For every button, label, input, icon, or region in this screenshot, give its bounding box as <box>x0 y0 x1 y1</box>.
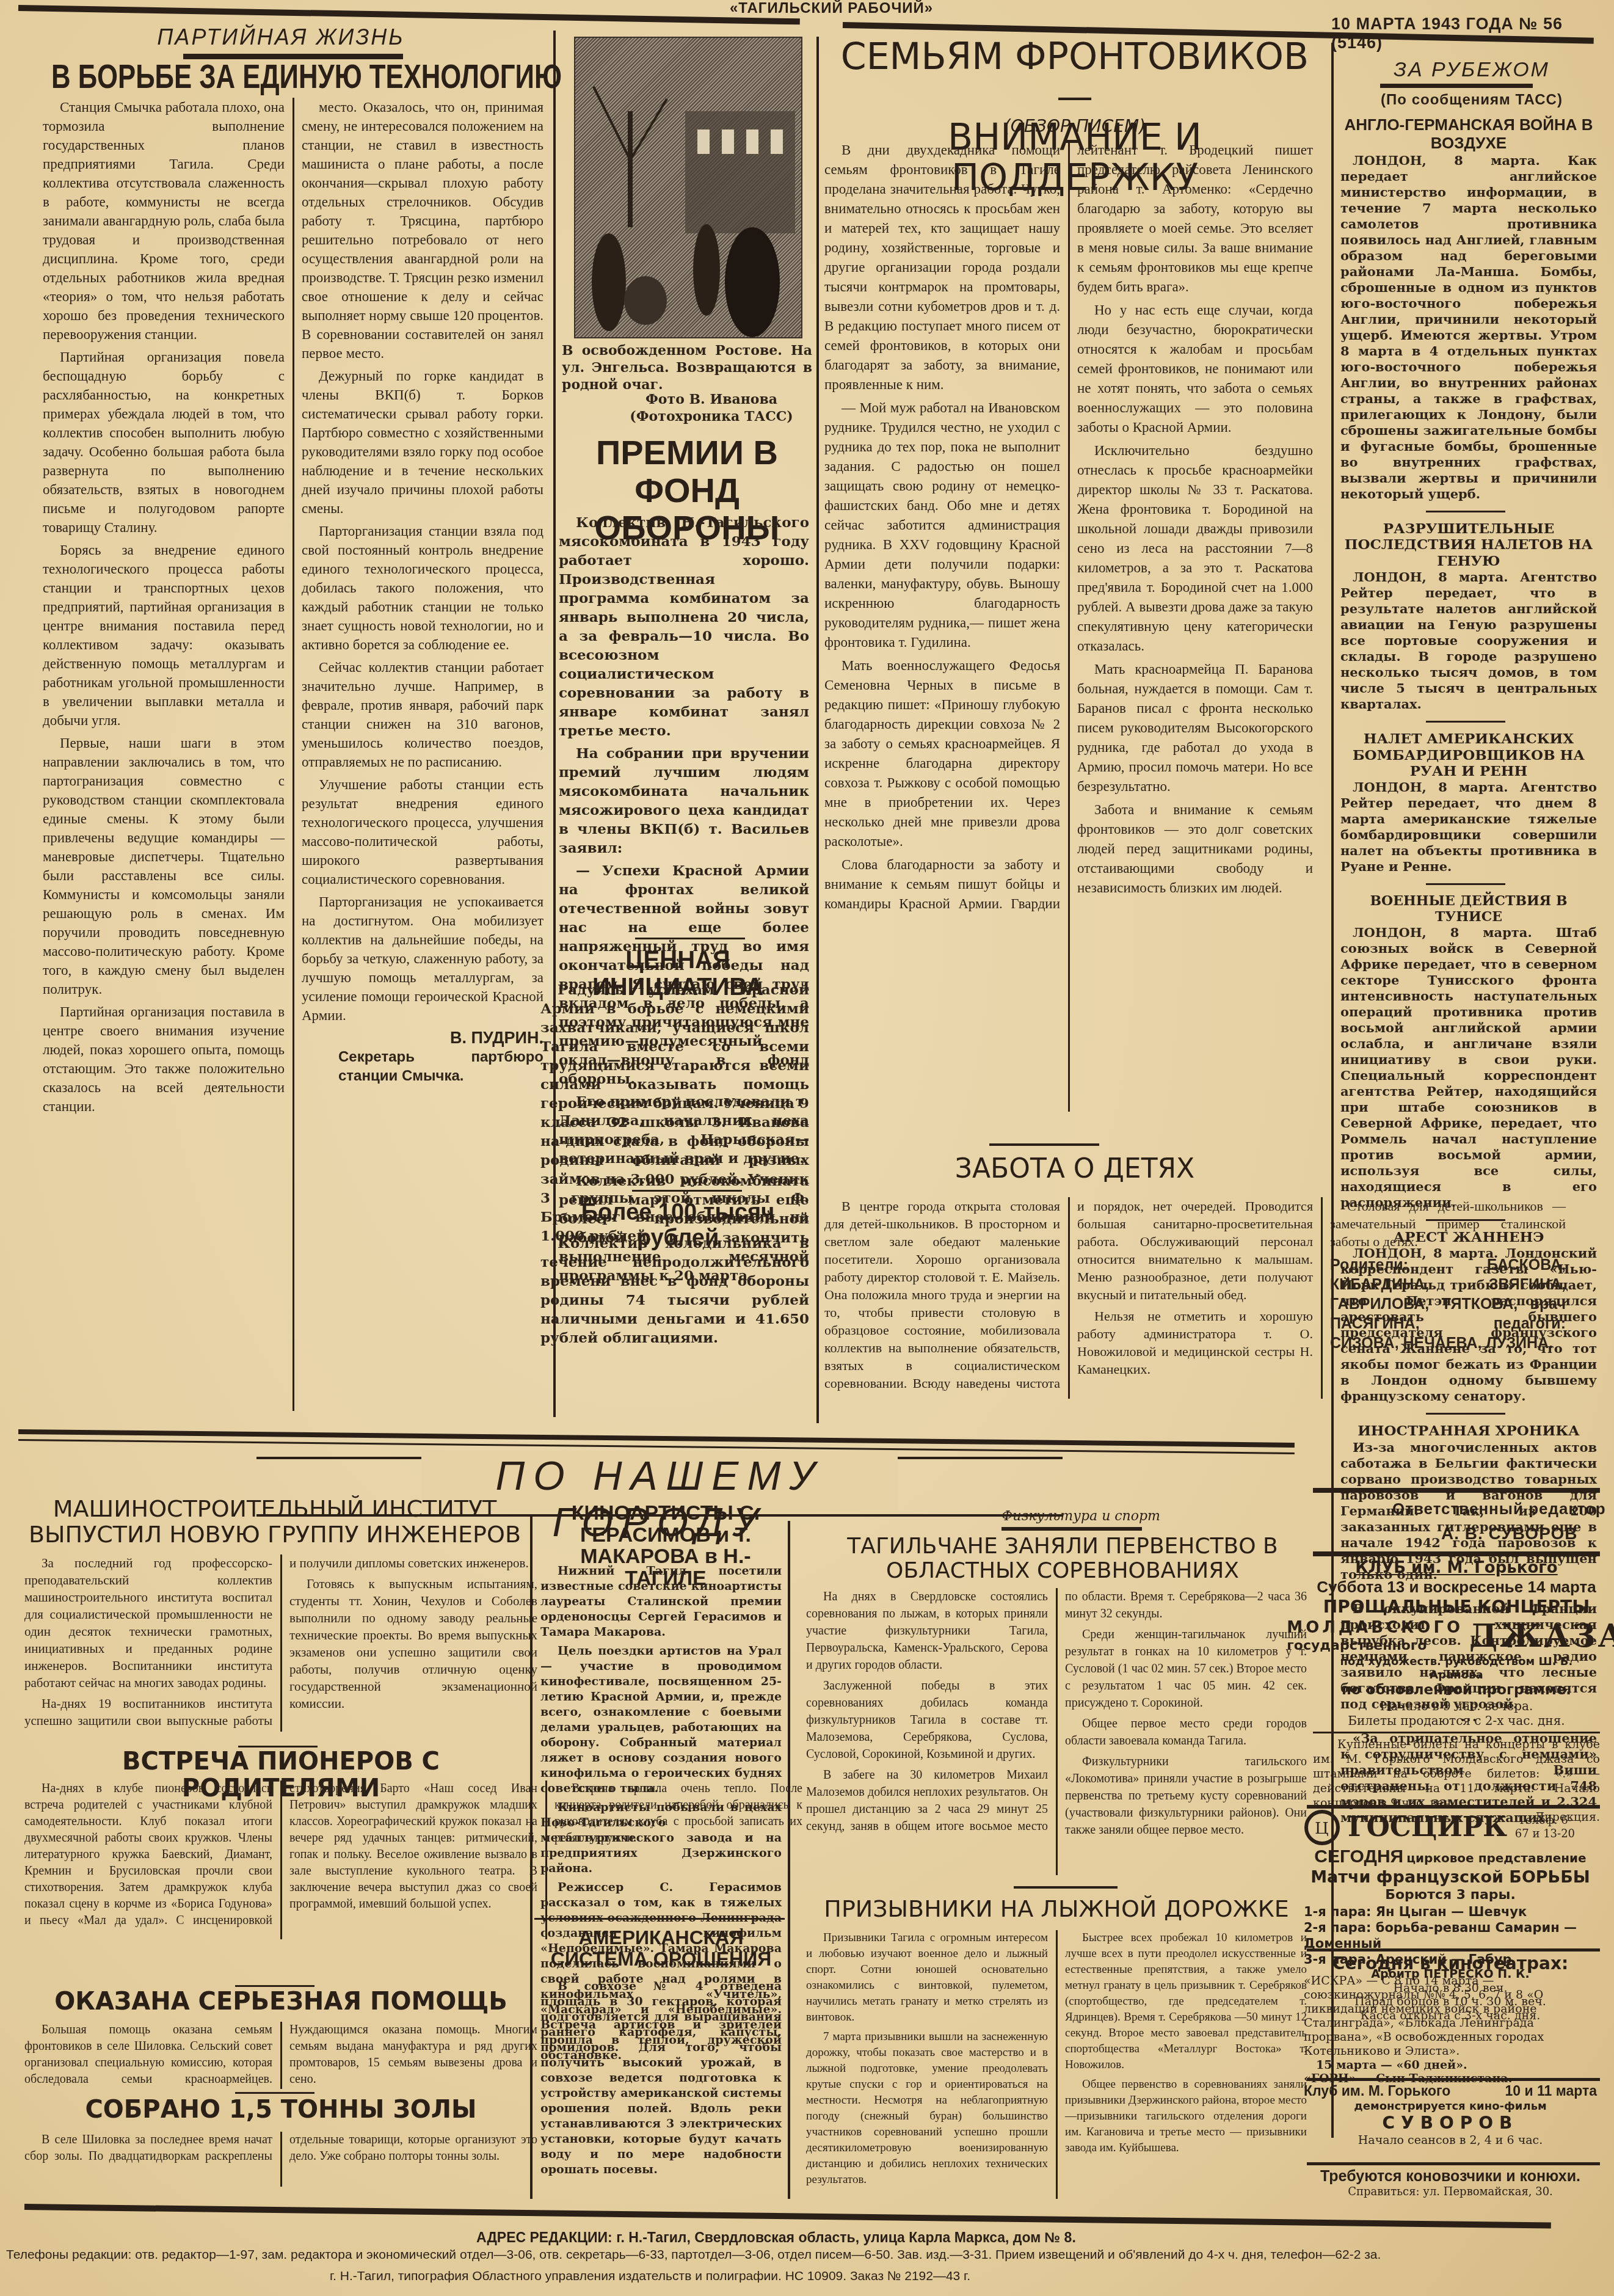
paragraph: Цель поездки артистов на Урал — участие … <box>540 1644 782 1796</box>
paragraph: Парторганизация станции взяла под свой п… <box>302 522 543 654</box>
news-text: ЛОНДОН, 8 марта. Лондонский корреспонден… <box>1340 1245 1597 1404</box>
paragraph: Коллектив Н.-Тагильского мясокомбината в… <box>559 513 809 740</box>
thick-rule <box>1313 1551 1600 1556</box>
ad-line: под художеств. руководством Ш. Б. Аранов… <box>1313 1655 1600 1682</box>
newspaper-page: «ТАГИЛЬСКИЙ РАБОЧИЙ» 10 МАРТА 1943 ГОДА … <box>0 0 1614 2296</box>
date-issue: 10 МАРТА 1943 ГОДА № 56 (5146) <box>1331 15 1614 53</box>
thick-rule <box>1313 1488 1600 1493</box>
ad-title: Требуются коновозчики и конюхи. <box>1304 2167 1597 2185</box>
ad-line: Начало в 9 час. вечера. <box>1313 1699 1600 1713</box>
headline-institute: МАШИНОСТРОИТЕЛЬНЫЙ ИНСТИТУТ ВЫПУСТИЛ НОВ… <box>24 1496 525 1548</box>
editor-label: Ответственный редактор <box>1392 1500 1606 1518</box>
news-headline: НАЛЕТ АМЕРИКАНСКИХ БОМБАРДИРОВЩИКОВ НА Р… <box>1340 731 1597 779</box>
ad-line: МОЛДАВСКОГО <box>1287 1619 1463 1638</box>
divider <box>1426 721 1505 723</box>
rubric-sport: Физкультура и спорт <box>989 1509 1172 1524</box>
divider <box>534 1918 785 1920</box>
ad-title: КЛУБ им. М. Горького <box>1313 1559 1600 1578</box>
divider <box>235 1985 314 1987</box>
paragraph: 7 марта призывники вышли на заснеженную … <box>806 2029 1048 2188</box>
ad-club-concert: КЛУБ им. М. Горького Суббота 13 и воскре… <box>1313 1559 1600 1824</box>
article-institute-body: За последний год профессорско-преподават… <box>24 1554 537 1732</box>
ad-title: Сегодня в кинотеатрах: <box>1304 1953 1597 1974</box>
ad-line: по обновленной программе. <box>1313 1682 1600 1699</box>
article-ash-body: В селе Шиловка за последнее время начат … <box>24 2132 537 2187</box>
footer-address: АДРЕС РЕДАКЦИИ: г. Н.-Тагил, Свердловска… <box>476 2229 1076 2246</box>
news-text: ЛОНДОН, 8 марта. Как передает английское… <box>1340 153 1597 502</box>
column-rule <box>530 1515 533 2199</box>
ad-phone: Телеф. 6-67 и 13-20 <box>1514 1814 1576 1840</box>
news-headline: РАЗРУШИТЕЛЬНЫЕ ПОСЛЕДСТВИЯ НАЛЕТОВ НА ГЕ… <box>1340 521 1597 569</box>
paragraph: — Мой муж работал на Ивановском руднике.… <box>824 398 1060 652</box>
paragraph: В селе Шиловка за последнее время начат … <box>24 2132 537 2167</box>
rubric-abroad: ЗА РУБЕЖОМ <box>1343 58 1600 82</box>
ad-club-name: Клуб им. М. Горького <box>1304 2083 1450 2100</box>
headline-line: СЕМЬЯМ ФРОНТОВИКОВ— <box>831 37 1319 117</box>
article-help-body: Большая помощь оказана семьям фронтовико… <box>24 2022 537 2089</box>
section-rule <box>18 1429 1295 1448</box>
news-headline: АНГЛО-ГЕРМАНСКАЯ ВОЙНА В ВОЗДУХЕ <box>1340 116 1597 153</box>
paragraph: На днях в Свердловске состоялись соревно… <box>806 1588 1048 1674</box>
paragraph: На-днях в клубе пионеров состоялась встр… <box>24 1780 537 1939</box>
paragraph: На собрании при вручении премий лучшим л… <box>559 744 809 858</box>
divider <box>989 1143 1099 1146</box>
photo-rostov <box>574 37 802 338</box>
article-children-body: В центре города открыта столовая для дет… <box>824 1197 1313 1399</box>
photo-credit-author: Фото В. Иванова <box>611 391 812 408</box>
ad-line: Билеты продаются с 2-х час. дня. <box>1313 1713 1600 1728</box>
signature-title: Секретарь партбюро станции Смычка. <box>338 1048 543 1085</box>
divider <box>1313 1732 1600 1733</box>
news-headline: ИНОСТРАННАЯ ХРОНИКА <box>1340 1423 1597 1439</box>
headline-technology: В БОРЬБЕ ЗА ЕДИНУЮ ТЕХНОЛОГИЮ <box>51 59 562 95</box>
footer-phones: Телефоны редакции: отв. редактор—1-97, з… <box>6 2248 1594 2262</box>
rubric-underline <box>1001 1527 1142 1531</box>
paragraph: Мать красноармейца П. Баранова больная, … <box>1077 660 1313 796</box>
divider <box>235 2092 314 2094</box>
footer-print-info: г. Н.-Тагил, типография Областного управ… <box>330 2269 970 2284</box>
ad-title: ГОСЦИРК <box>1348 1812 1507 1844</box>
ad-main: Матчи французской БОРЬБЫ <box>1304 1868 1597 1887</box>
top-rule-left <box>18 5 800 24</box>
divider <box>1426 511 1505 512</box>
thick-rule <box>1307 2162 1600 2165</box>
ad-today-rest: цирковое представление <box>1406 1851 1586 1865</box>
paragraph: Станция Смычка работала плохо, она тормо… <box>43 98 285 344</box>
rubric-party-life: ПАРТИЙНАЯ ЖИЗНЬ <box>153 24 409 50</box>
article-conscripts-body: Призывники Тагила с огромным интересом и… <box>806 1930 1307 2199</box>
pair-value: Ян Цыган — Шевчук <box>1376 1904 1527 1919</box>
divider <box>1014 1886 1118 1889</box>
paragraph: В дни двухдекадника помощи семьям фронто… <box>824 140 1060 395</box>
paragraph: Нижний Тагил посетили известные советски… <box>540 1564 782 1640</box>
column-rule <box>788 1521 790 2199</box>
photo-caption: В освобожденном Ростове. На ул. Энгельса… <box>562 342 812 393</box>
news-text: ЛОНДОН, 8 марта. Штаб союзных войск в Се… <box>1340 925 1597 1211</box>
street-scene-illustration <box>575 38 801 337</box>
ad-line: ПРОЩАЛЬНЫЕ КОНЦЕРТЫ <box>1313 1597 1600 1617</box>
paragraph: Нельзя не отметить и хорошую работу адми… <box>1077 1307 1313 1378</box>
divider <box>1426 1413 1505 1415</box>
headline-conscripts: ПРИЗЫВНИКИ НА ЛЫЖНОЙ ДОРОЖКЕ <box>806 1897 1307 1922</box>
news-headline: ВОЕННЫЕ ДЕЙСТВИЯ В ТУНИСЕ <box>1340 894 1597 925</box>
cinema-line: 15 марта — «60 дней». <box>1304 2058 1597 2072</box>
thick-rule <box>1307 2078 1600 2081</box>
paragraph: Заслуженной победы в этих соревнованиях … <box>806 1677 1048 1763</box>
paragraph: Общее первое место среди городов области… <box>1065 1715 1307 1749</box>
paragraph: Но у нас есть еще случаи, когда люди без… <box>1077 301 1313 437</box>
divider <box>635 938 745 939</box>
divider <box>1426 1219 1505 1221</box>
footer-rule <box>24 2204 1551 2229</box>
ad-today: СЕГОДНЯ <box>1314 1846 1403 1867</box>
paragraph: Коллектив холодильника в течение непродо… <box>540 1234 809 1347</box>
paragraph: Киноартисты побывали в цехах Ново-Тагиль… <box>540 1800 782 1876</box>
paragraph: За последний год профессорско-преподават… <box>24 1554 272 1691</box>
thick-rule <box>1307 1948 1600 1952</box>
ad-line: демонстрируется кино-фильм <box>1304 2100 1597 2113</box>
ad-big-word: ДЖАЗА <box>1469 1617 1614 1655</box>
ad-line: Начало сеансов в 2, 4 и 6 час. <box>1304 2134 1597 2148</box>
pair-label: 1-я пара: <box>1304 1904 1371 1919</box>
article-100k-body: Коллектив холодильника в течение непродо… <box>540 1234 809 1351</box>
paragraph: Быстрее всех пробежал 10 километров и лу… <box>1065 1930 1307 2073</box>
ad-line: Борются 3 пары. <box>1304 1887 1597 1903</box>
ad-cinema: Сегодня в кинотеатрах: «ИСКРА» — С 8 по … <box>1304 1953 1597 2086</box>
pair-label: 2-я пара: <box>1304 1920 1371 1935</box>
headline-help: ОКАЗАНА СЕРЬЕЗНАЯ ПОМОЩЬ <box>24 1988 537 2015</box>
ad-line: государственного <box>1287 1638 1463 1654</box>
headline-sport: ТАГИЛЬЧАНЕ ЗАНЯЛИ ПЕРВЕНСТВО В ОБЛАСТНЫХ… <box>812 1534 1313 1583</box>
article-sport-body: На днях в Свердловске состоялись соревно… <box>806 1588 1307 1875</box>
photo-credit: Фото В. Иванова (Фотохроника ТАСС) <box>611 391 812 425</box>
divider <box>632 1190 742 1192</box>
cinema-line: «ИСКРА» — С 8 по 14 марта — союзкиножурн… <box>1304 1974 1597 2058</box>
paragraph: Дежурный по горке кандидат в члены ВКП(б… <box>302 366 543 518</box>
paragraph: Сейчас коллектив станции работает значит… <box>302 658 543 771</box>
article-pioneers-body: На-днях в клубе пионеров состоялась встр… <box>24 1780 537 1939</box>
paragraph: Партийная организация повела беспощадную… <box>43 348 285 537</box>
ad-wanted: Требуются коновозчики и конюхи. Справить… <box>1304 2167 1597 2199</box>
paragraph: Улучшение работы станции есть результат … <box>302 775 543 889</box>
headline-irrigation: АМЕРИКАНСКАЯ СИСТЕМА ОРОШЕНИЯ <box>537 1927 785 1970</box>
article-party-life-body: Станция Смычка работала плохо, она тормо… <box>43 98 543 1411</box>
divider <box>1426 883 1505 885</box>
paragraph: Среди женщин-тагильчанок лучший результа… <box>1065 1626 1307 1711</box>
signature-name: В. ПУДРИН. <box>302 1029 543 1048</box>
editor-name: А. В. СУВОРОВ <box>1441 1524 1577 1543</box>
news-text: ЛОНДОН, 8 марта. Агентство Рейтер переда… <box>1340 779 1597 875</box>
paragraph: Физкультурники тагильского «Локомотива» … <box>1065 1753 1307 1839</box>
paragraph: Борясь за внедрение единого технологичес… <box>43 541 285 730</box>
ad-club-film: Клуб им. М. Горького 10 и 11 марта демон… <box>1304 2083 1597 2148</box>
news-text: ЛОНДОН, 8 марта. Агентство Рейтер переда… <box>1340 569 1597 712</box>
ad-notice: Купленные билеты на концерты в клубе им.… <box>1313 1737 1600 1810</box>
headline-children: ЗАБОТА О ДЕТЯХ <box>831 1154 1319 1184</box>
ad-address: Справиться: ул. Первомайская, 30. <box>1304 2185 1597 2199</box>
paragraph: Партийная организация поставила в центре… <box>43 1002 285 1116</box>
headline-ash: СОБРАНО 1,5 ТОННЫ ЗОЛЫ <box>24 2096 537 2123</box>
paragraph: Первые, наши шаги в этом направлении зак… <box>43 734 285 999</box>
ad-dates: Суббота 13 и воскресенье 14 марта <box>1313 1578 1600 1597</box>
paragraph: место. Оказалось, что он, принимая смену… <box>302 98 543 363</box>
ad-film-title: СУВОРОВ <box>1304 2113 1597 2134</box>
thick-rule <box>1307 1805 1600 1809</box>
paragraph: Общее первенство в соревнованиях заняли … <box>1065 2077 1307 2156</box>
paragraph: Забота и внимание к семьям фронтовиков —… <box>1077 800 1313 898</box>
paragraph: В совхозе № 4 отведена площадь в 30 гект… <box>540 1979 782 2178</box>
article-irrigation-body: В совхозе № 4 отведена площадь в 30 гект… <box>540 1979 782 2181</box>
abroad-source: (По сообщениям ТАСС) <box>1343 92 1600 109</box>
rubric-underline <box>1380 84 1533 88</box>
ad-dates: 10 и 11 марта <box>1505 2083 1597 2100</box>
svg-text:Ц: Ц <box>1315 1820 1329 1838</box>
subhead-review: (ОБЗОР ПИСЕМ) <box>953 116 1197 136</box>
photo-credit-agency: (Фотохроника ТАСС) <box>611 408 812 425</box>
paragraph: Призывники Тагила с огромным интересом и… <box>806 1930 1048 2025</box>
paragraph: Мать военнослужащего Федосья Семеновна Ч… <box>824 656 1060 851</box>
paper-name: «ТАГИЛЬСКИЙ РАБОЧИЙ» <box>730 0 933 17</box>
paragraph: Парторганизация не успокаивается на дост… <box>302 892 543 1025</box>
news-headline: АРЕСТ ЖАННЕНЭ <box>1340 1230 1597 1245</box>
circus-logo-icon: Ц <box>1304 1809 1340 1846</box>
article-families-body: В дни двухдекадника помощи семьям фронто… <box>824 140 1313 1112</box>
paragraph: Готовясь к выпускным испытаниям, студент… <box>289 1575 537 1712</box>
paragraph: Большая помощь оказана семьям фронтовико… <box>24 2022 537 2089</box>
paragraph: Исключительно бездушно отнеслась к прось… <box>1077 441 1313 656</box>
